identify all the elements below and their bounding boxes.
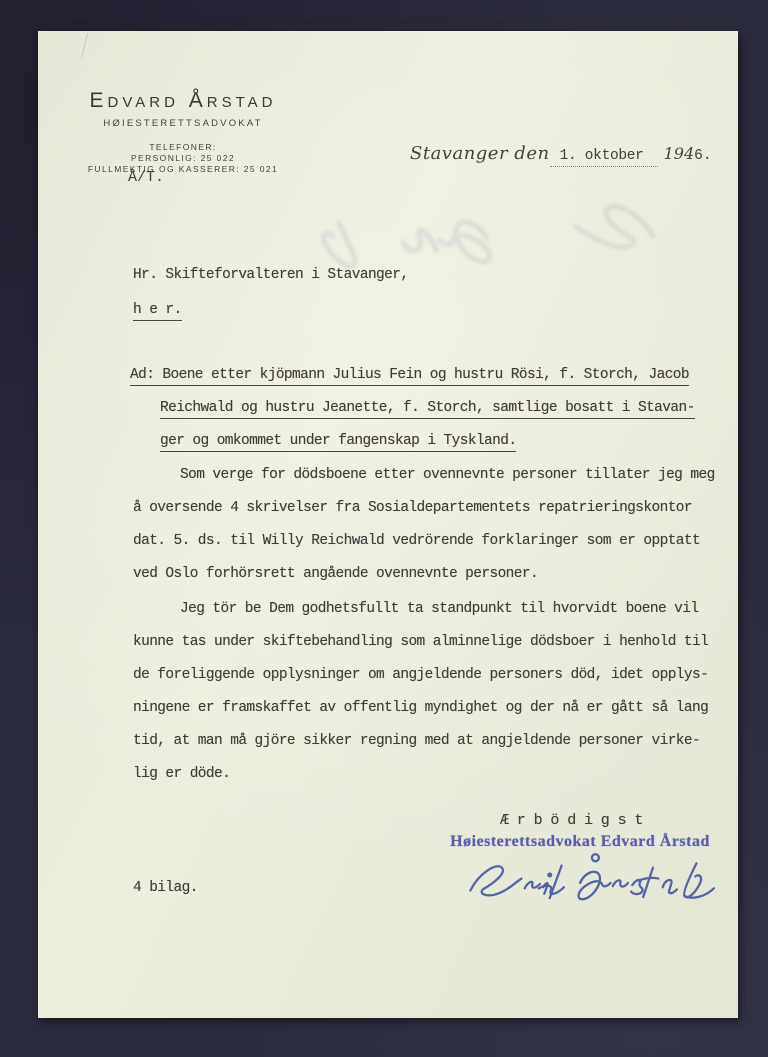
dateline: Stavanger den1. oktober1946. bbox=[410, 143, 720, 164]
phone-personal: PERSONLIG: 25 022 bbox=[58, 153, 308, 164]
subject-line: Reichwald og hustru Jeanette, f. Storch,… bbox=[130, 392, 742, 425]
letterhead-title: HØIESTERETTSADVOKAT bbox=[58, 118, 308, 129]
body-paragraph-2: Jeg tör be Dem godhetsfullt ta standpunk… bbox=[133, 593, 741, 791]
body-line: Jeg tör be Dem godhetsfullt ta standpunk… bbox=[133, 593, 741, 626]
letterhead: Edvard Årstad HØIESTERETTSADVOKAT TELEFO… bbox=[58, 89, 308, 175]
subject-line: ger og omkommet under fangenskap i Tyskl… bbox=[130, 425, 742, 458]
letterhead-phones: TELEFONER: PERSONLIG: 25 022 FULLMEKTIG … bbox=[58, 142, 308, 175]
dateline-date: 1. oktober bbox=[550, 148, 658, 167]
phone-office: FULLMEKTIG OG KASSERER: 25 021 bbox=[58, 164, 308, 175]
subject-block: Ad: Boene etter kjöpmann Julius Fein og … bbox=[130, 359, 742, 458]
handwritten-signature bbox=[466, 849, 716, 919]
body-line: ningene er framskaffet av offentlig mynd… bbox=[133, 692, 741, 725]
body-paragraph-1: Som verge for dödsboene etter ovennevnte… bbox=[133, 459, 741, 591]
body-line: kunne tas under skiftebehandling som alm… bbox=[133, 626, 741, 659]
phones-label: TELEFONER: bbox=[58, 142, 308, 153]
letter-page: Edvard Årstad HØIESTERETTSADVOKAT TELEFO… bbox=[38, 31, 738, 1018]
body-line: å oversende 4 skrivelser fra Sosialdepar… bbox=[133, 492, 741, 525]
recipient-city: h e r. bbox=[133, 302, 182, 318]
dateline-year-typed: 6. bbox=[694, 148, 711, 164]
body-line: lig er döde. bbox=[133, 758, 741, 791]
enclosure-note: 4 bilag. bbox=[133, 880, 198, 896]
body-line: Som verge for dödsboene etter ovennevnte… bbox=[133, 459, 741, 492]
dateline-place: Stavanger den bbox=[410, 143, 550, 164]
valediction: Ærbödigst bbox=[500, 812, 651, 829]
body-line: dat. 5. ds. til Willy Reichwald vedrören… bbox=[133, 525, 741, 558]
dateline-year-printed: 194 bbox=[658, 144, 695, 163]
body-line: tid, at man må gjöre sikker regning med … bbox=[133, 725, 741, 758]
recipient-line: Hr. Skifteforvalteren i Stavanger, bbox=[133, 267, 408, 283]
body-line: de foreliggende opplysninger om angjelde… bbox=[133, 659, 741, 692]
body-line: ved Oslo forhörsrett angående ovennevnte… bbox=[133, 558, 741, 591]
subject-line: Ad: Boene etter kjöpmann Julius Fein og … bbox=[130, 359, 742, 392]
reference-initials: Å/T. bbox=[128, 169, 164, 186]
paper-crease bbox=[81, 33, 88, 58]
letterhead-name: Edvard Årstad bbox=[58, 89, 308, 113]
